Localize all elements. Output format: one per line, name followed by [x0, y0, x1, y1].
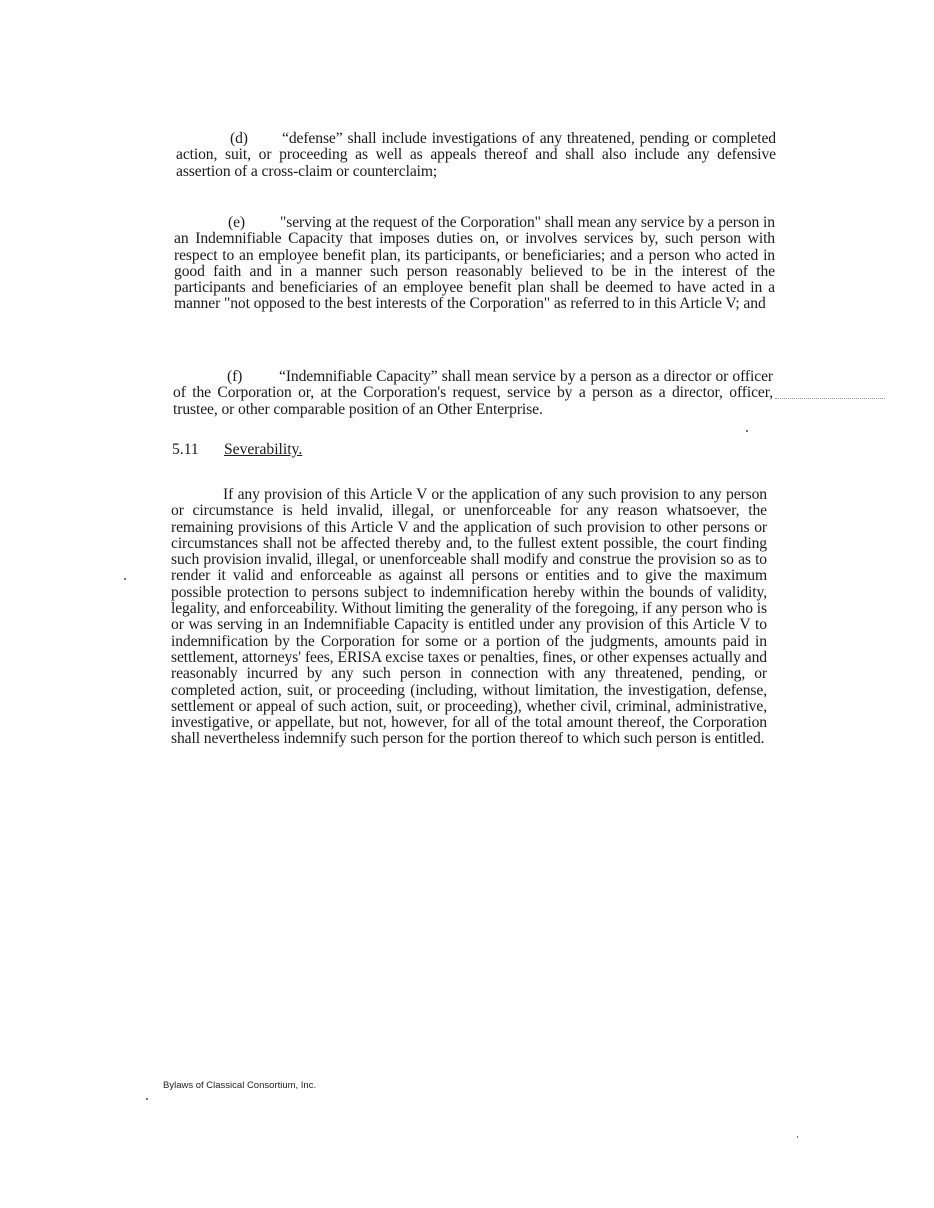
section-number: 5.11 — [172, 441, 224, 459]
paragraph-f: (f)“Indemnifiable Capacity” shall mean s… — [173, 369, 773, 418]
section-heading: 5.11Severability. — [172, 441, 302, 459]
document-page: (d)“defense” shall include investigation… — [0, 0, 934, 1208]
paragraph-label: (d) — [230, 131, 282, 147]
paragraph-label: (e) — [228, 215, 280, 231]
scan-speck — [146, 1098, 148, 1100]
page-footer: Bylaws of Classical Consortium, Inc. — [163, 1080, 316, 1091]
scan-speck — [124, 578, 126, 580]
scan-speck — [746, 430, 748, 432]
severability-paragraph: If any provision of this Article V or th… — [171, 487, 767, 748]
severability-text: If any provision of this Article V or th… — [171, 486, 767, 747]
scan-speck — [797, 1136, 798, 1138]
paragraph-d: (d)“defense” shall include investigation… — [176, 131, 776, 180]
paragraph-e: (e)"serving at the request of the Corpor… — [174, 215, 775, 313]
section-title: Severability. — [224, 441, 302, 458]
scan-artifact-dots — [775, 398, 885, 400]
paragraph-label: (f) — [227, 369, 279, 385]
